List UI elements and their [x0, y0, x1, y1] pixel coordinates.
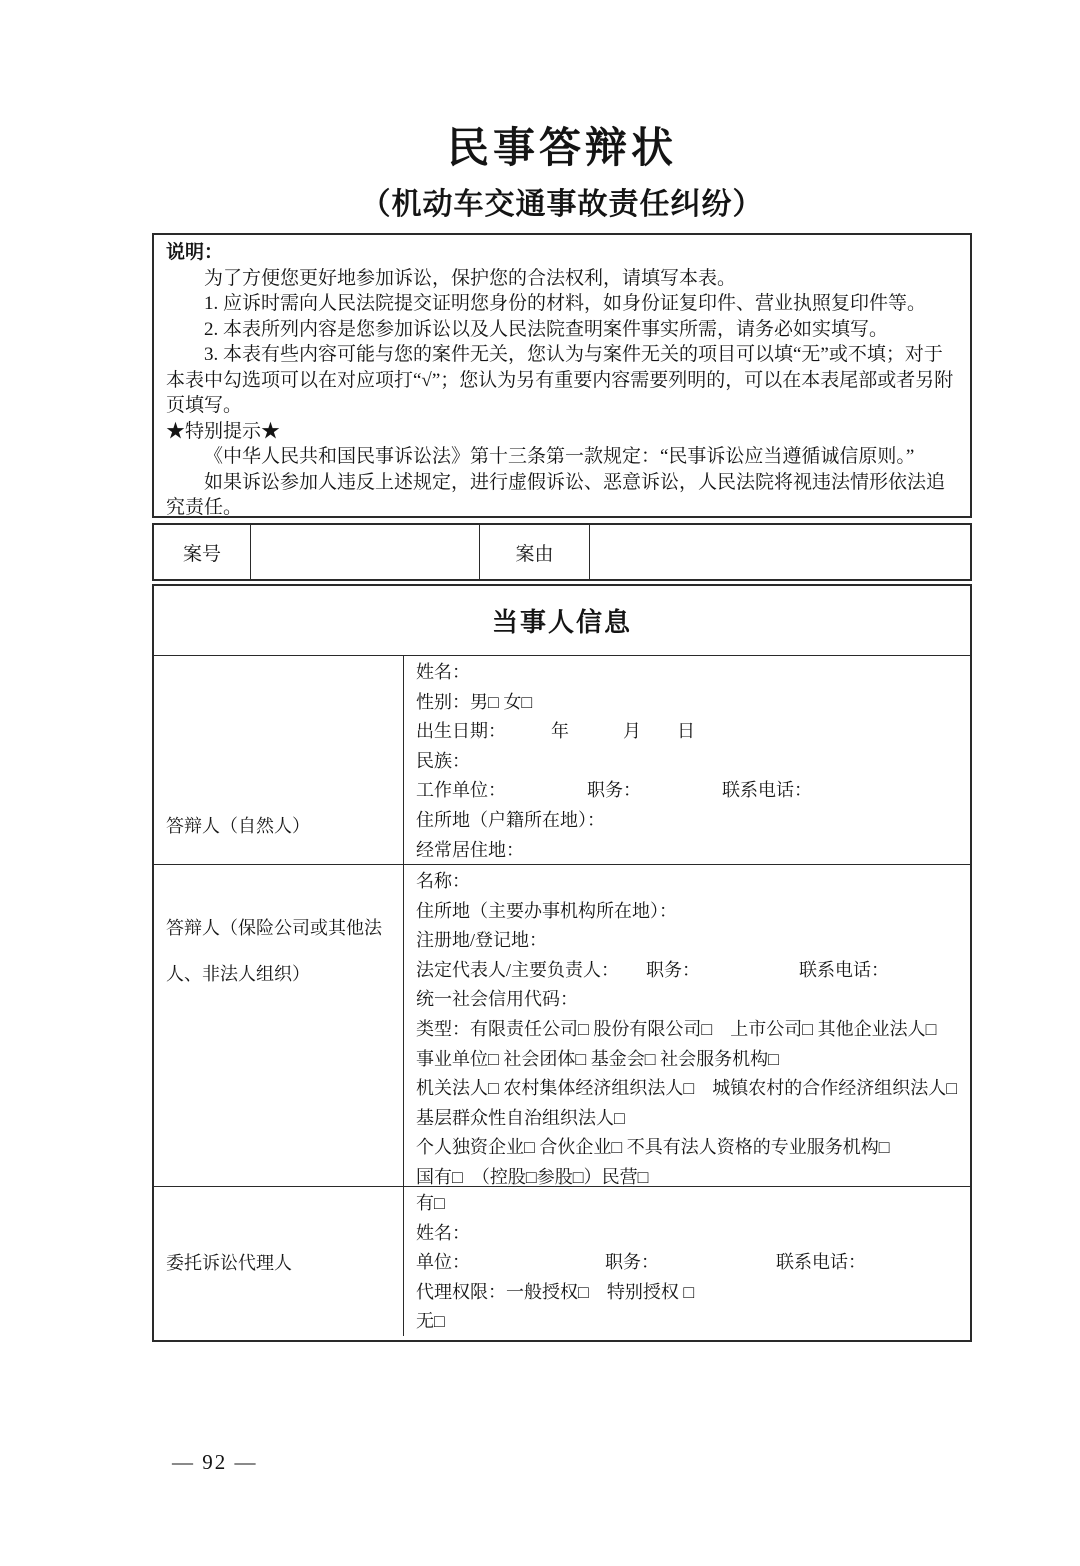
document-title: 民事答辩状: [152, 126, 972, 172]
org-type-company-checkbox-line: 类型：有限责任公司□ 股份有限公司□ 上市公司□ 其他企业法人□: [416, 1015, 960, 1045]
legal-representative-field-line: 法定代表人/主要负责人： 职务： 联系电话：: [416, 956, 960, 986]
respondent-natural-person-fields: 姓名： 性别：男□ 女□ 出生日期： 年 月 日 民族： 工作单位： 职务： 联…: [404, 656, 970, 864]
instructions-heading: 说明：: [166, 240, 958, 266]
agent-name-field-line: 姓名：: [416, 1219, 960, 1249]
instructions-item-2: 2. 本表所列内容是您参加诉讼以及人民法院查明案件事实所需，请务必如实填写。: [166, 317, 958, 343]
credit-code-field-line: 统一社会信用代码：: [416, 985, 960, 1015]
instructions-box: 说明： 为了方便您更好地参加诉讼，保护您的合法权利，请填写本表。 1. 应诉时需…: [152, 233, 972, 518]
litigation-agent-label: 委托诉讼代理人: [154, 1187, 404, 1336]
habitual-residence-field-line: 经常居住地：: [416, 836, 960, 864]
page-number: — 92 —: [172, 1450, 258, 1475]
litigation-agent-fields: 有□ 姓名： 单位： 职务： 联系电话： 代理权限：一般授权□ 特别授权 □ 无…: [404, 1187, 970, 1336]
document-page: 民事答辩状 （机动车交通事故责任纠纷） 说明： 为了方便您更好地参加诉讼，保护您…: [0, 0, 1080, 1566]
gender-checkbox-line: 性别：男□ 女□: [416, 688, 960, 718]
case-info-table: 案号 案由: [152, 523, 972, 581]
instructions-intro: 为了方便您更好地参加诉讼，保护您的合法权利，请填写本表。: [166, 266, 958, 292]
org-type-ownership-checkbox-line: 国有□ （控股□参股□）民营□: [416, 1163, 960, 1186]
name-field-line: 姓名：: [416, 658, 960, 688]
org-type-institution-checkbox-line: 事业单位□ 社会团体□ 基金会□ 社会服务机构□: [416, 1045, 960, 1075]
cause-of-action-field: [590, 525, 970, 579]
instructions-item-3: 3. 本表有些内容可能与您的案件无关，您认为与案件无关的项目可以填“无”或不填；…: [166, 342, 958, 419]
agent-has-checkbox-line: 有□: [416, 1189, 960, 1219]
birth-date-field-line: 出生日期： 年 月 日: [416, 717, 960, 747]
org-address-field-line: 住所地（主要办事机构所在地）：: [416, 897, 960, 927]
work-unit-field-line: 工作单位： 职务： 联系电话：: [416, 776, 960, 806]
respondent-organization-row: 答辩人（保险公司或其他法人、非法人组织） 名称： 住所地（主要办事机构所在地）：…: [154, 864, 970, 1186]
respondent-organization-label: 答辩人（保险公司或其他法人、非法人组织）: [154, 865, 404, 1186]
agent-none-checkbox-line: 无□: [416, 1307, 960, 1336]
case-number-field: [251, 525, 480, 579]
cause-of-action-label: 案由: [480, 525, 590, 579]
instructions-item-1: 1. 应诉时需向人民法院提交证明您身份的材料，如身份证复印件、营业执照复印件等。: [166, 291, 958, 317]
respondent-natural-person-label: 答辩人（自然人）: [154, 656, 404, 864]
special-note-heading: ★特别提示★: [166, 419, 958, 445]
domicile-field-line: 住所地（户籍所在地）：: [416, 806, 960, 836]
document-subtitle: （机动车交通事故责任纠纷）: [152, 188, 972, 223]
ethnicity-field-line: 民族：: [416, 747, 960, 777]
party-info-table: 当事人信息 答辩人（自然人） 姓名： 性别：男□ 女□ 出生日期： 年 月 日 …: [152, 584, 972, 1342]
agent-authority-checkbox-line: 代理权限：一般授权□ 特别授权 □: [416, 1278, 960, 1308]
party-info-header: 当事人信息: [154, 586, 970, 656]
special-note-warning: 如果诉讼参加人违反上述规定，进行虚假诉讼、恶意诉讼，人民法院将视违法情形依法追究…: [166, 470, 958, 519]
special-note-law-quote: 《中华人民共和国民事诉讼法》第十三条第一款规定：“民事诉讼应当遵循诚信原则。”: [166, 444, 958, 470]
org-name-field-line: 名称：: [416, 867, 960, 897]
respondent-organization-fields: 名称： 住所地（主要办事机构所在地）： 注册地/登记地： 法定代表人/主要负责人…: [404, 865, 970, 1186]
org-type-sole-proprietorship-checkbox-line: 个人独资企业□ 合伙企业□ 不具有法人资格的专业服务机构□: [416, 1133, 960, 1163]
org-type-organ-checkbox-line: 机关法人□ 农村集体经济组织法人□ 城镇农村的合作经济组织法人□ 基层群众性自治…: [416, 1074, 960, 1133]
litigation-agent-row: 委托诉讼代理人 有□ 姓名： 单位： 职务： 联系电话： 代理权限：一般授权□ …: [154, 1186, 970, 1336]
case-number-label: 案号: [154, 525, 251, 579]
org-registered-address-field-line: 注册地/登记地：: [416, 926, 960, 956]
agent-unit-field-line: 单位： 职务： 联系电话：: [416, 1248, 960, 1278]
respondent-natural-person-row: 答辩人（自然人） 姓名： 性别：男□ 女□ 出生日期： 年 月 日 民族： 工作…: [154, 656, 970, 864]
